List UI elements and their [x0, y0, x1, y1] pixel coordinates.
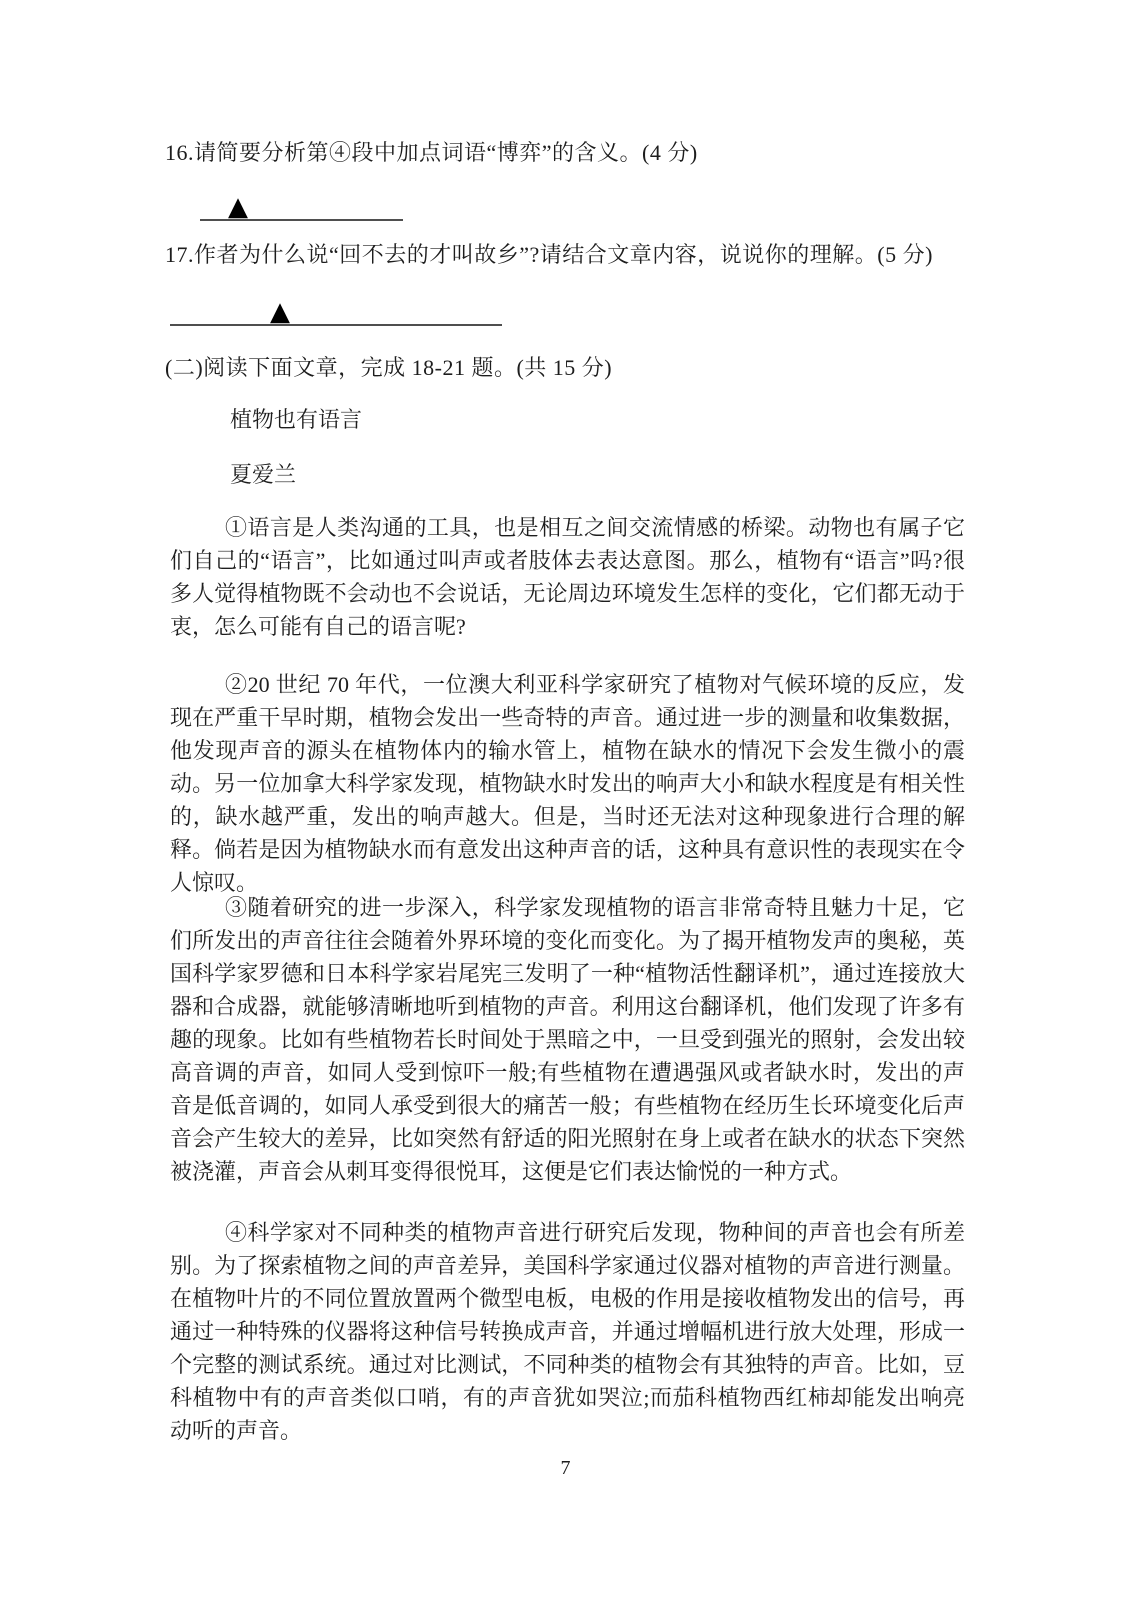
answer-placeholder-triangle-icon: ▲ — [228, 195, 248, 219]
exam-paper-page: 16.请简要分析第④段中加点词语“博弈”的含义。(4 分) ▲ 17.作者为什么… — [0, 0, 1131, 1600]
page-number: 7 — [0, 1455, 1131, 1481]
article-paragraph-4: ④科学家对不同种类的植物声音进行研究后发现，物种间的声音也会有所差别。为了探索植… — [170, 1216, 965, 1447]
article-paragraph-1: ①语言是人类沟通的工具，也是相互之间交流情感的桥梁。动物也有属子它们自己的“语言… — [170, 511, 965, 643]
section-header: (二)阅读下面文章，完成 18-21 题。(共 15 分) — [165, 351, 995, 384]
question-16: 16.请简要分析第④段中加点词语“博弈”的含义。(4 分) — [165, 136, 995, 169]
article-author: 夏爱兰 — [230, 458, 296, 491]
answer-placeholder-triangle-icon: ▲ — [270, 300, 290, 324]
answer-blank-q16: ▲ — [200, 193, 403, 221]
question-17: 17.作者为什么说“回不去的才叫故乡”?请结合文章内容，说说你的理解。(5 分) — [165, 238, 995, 271]
article-paragraph-3: ③随着研究的进一步深入，科学家发现植物的语言非常奇特且魅力十足，它们所发出的声音… — [170, 891, 965, 1188]
article-title: 植物也有语言 — [230, 403, 362, 436]
article-paragraph-2: ②20 世纪 70 年代，一位澳大利亚科学家研究了植物对气候环境的反应，发现在严… — [170, 668, 965, 899]
answer-blank-q17: ▲ — [170, 298, 502, 326]
